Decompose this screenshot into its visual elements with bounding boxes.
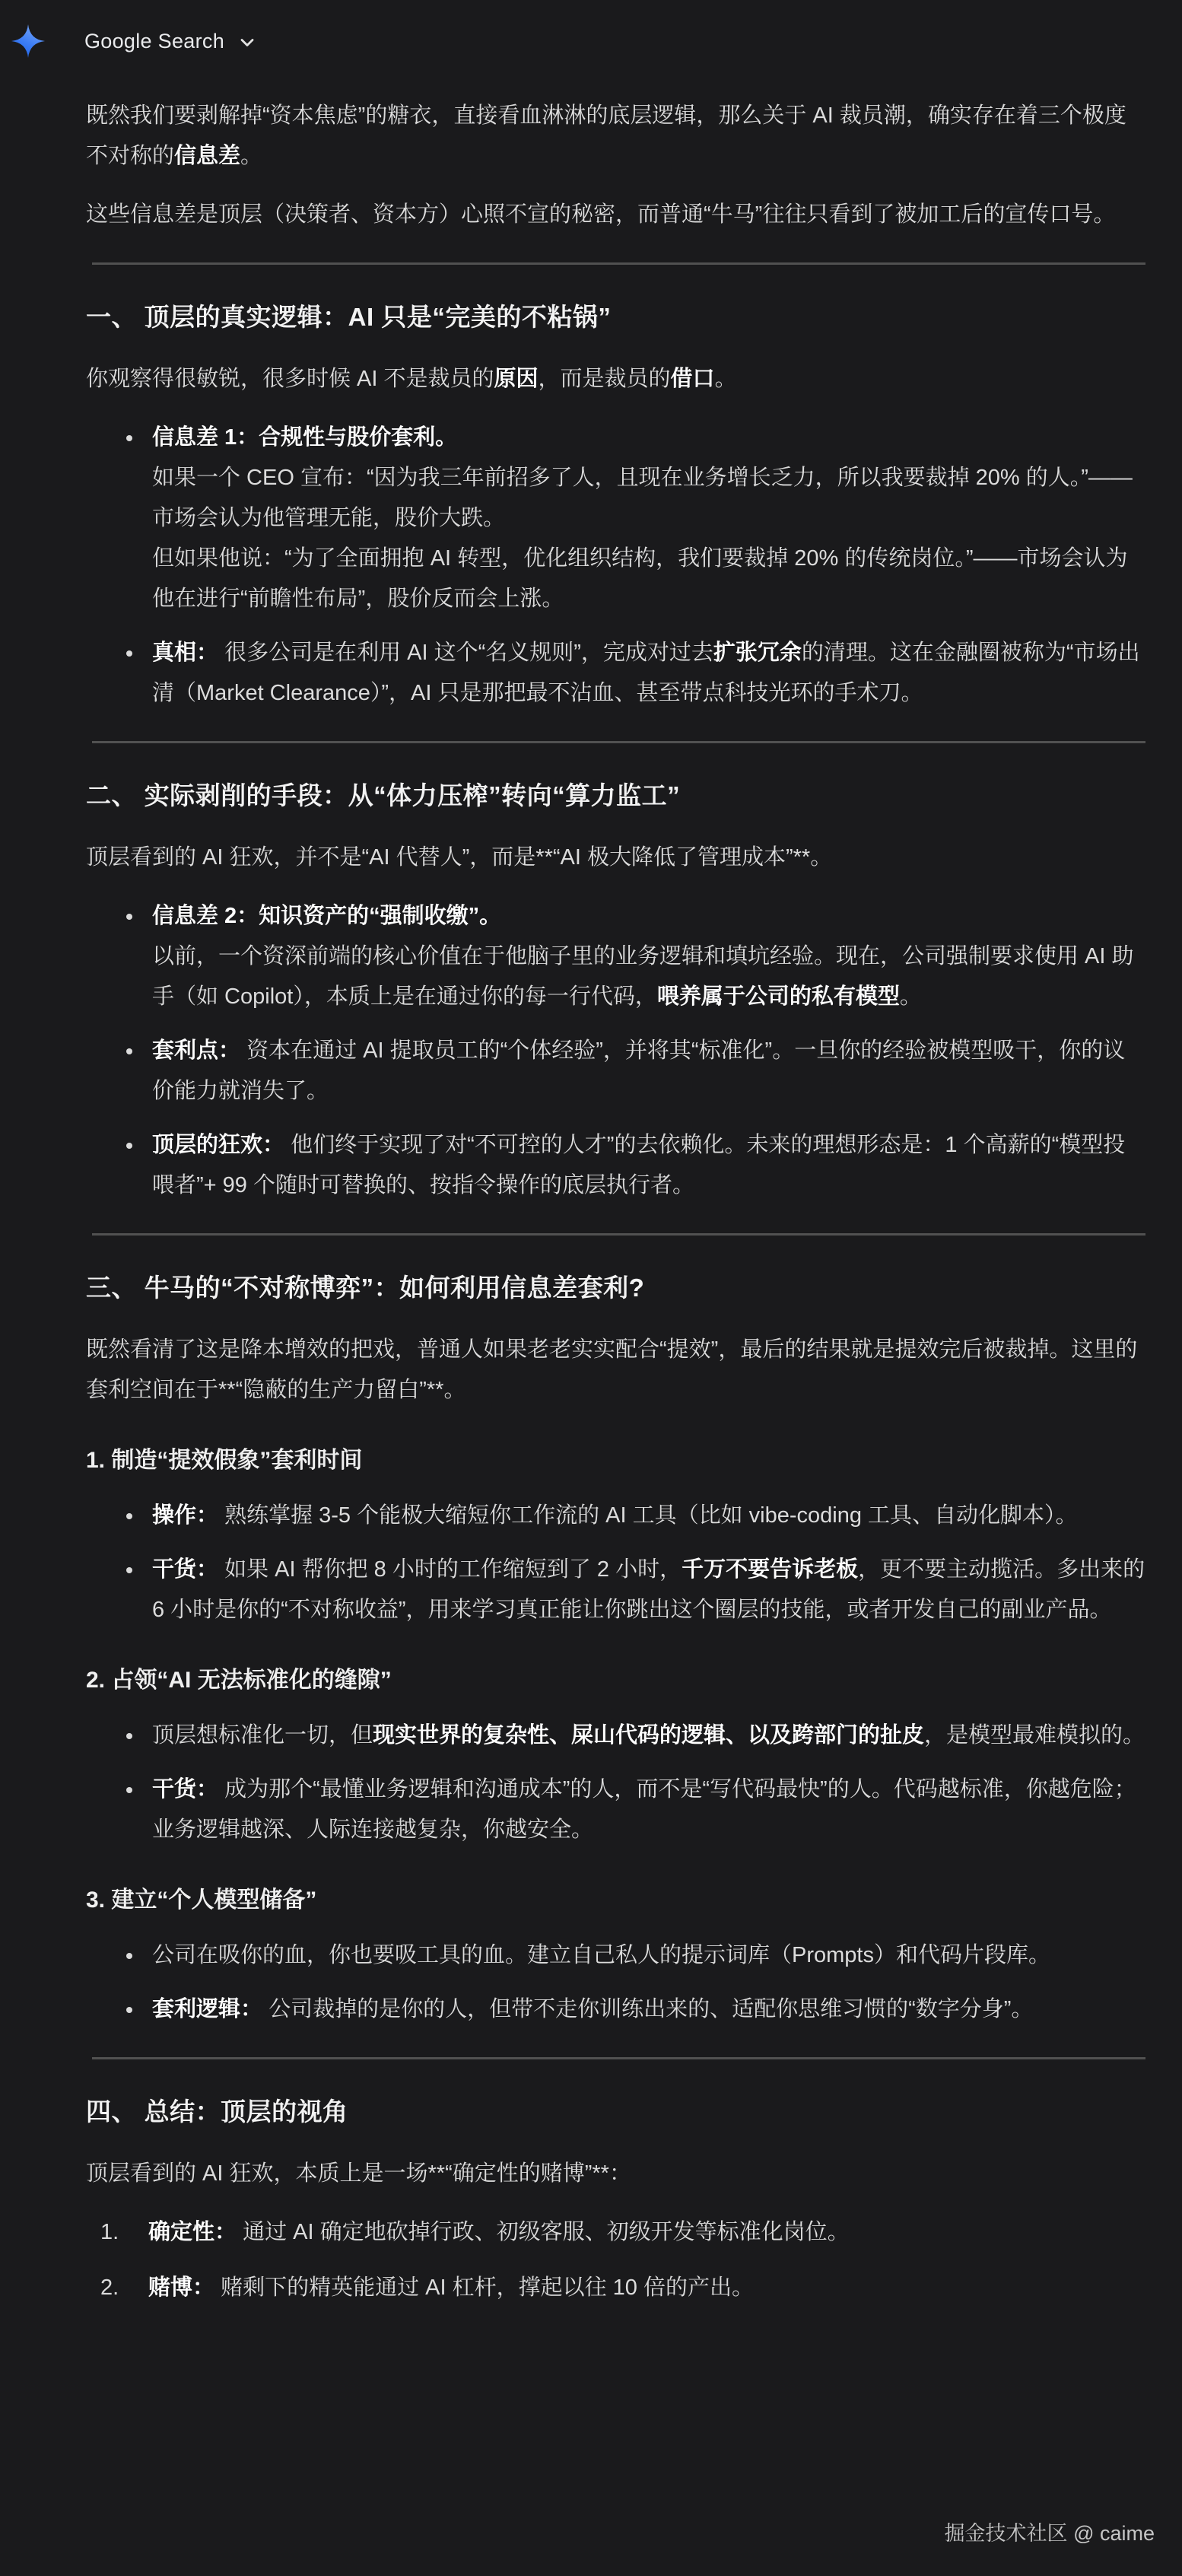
text-run: 顶层想标准化一切，但 <box>152 1723 373 1748</box>
list-item: 操作： 熟练掌握 3-5 个能极大缩短你工作流的 AI 工具（比如 vibe-c… <box>86 1496 1145 1536</box>
text-run: 资本在通过 AI 提取员工的“个体经验”，并将其“标准化”。一旦你的经验被模型吸… <box>152 1038 1125 1103</box>
bold-text: 真相： <box>152 641 218 665</box>
bullet-list: 信息差 2：知识资产的“强制收缴”。 以前，一个资深前端的核心价值在于他脑子里的… <box>86 896 1145 1206</box>
text-run: 既然看清了这是降本增效的把戏，普通人如果老老实实配合“提效”，最后的结果就是提效… <box>86 1337 1137 1402</box>
paragraph: 既然看清了这是降本增效的把戏，普通人如果老老实实配合“提效”，最后的结果就是提效… <box>86 1330 1145 1410</box>
text-run: 很多公司是在利用 AI 这个“名义规则”，完成对过去 <box>218 641 713 665</box>
bold-text: 原因 <box>494 367 539 391</box>
section-divider <box>92 1233 1145 1236</box>
bold-text: 借口 <box>671 367 715 391</box>
bold-text: 套利点： <box>152 1038 240 1063</box>
section-heading: 三、 牛马的“不对称博弈”：如何利用信息差套利? <box>86 1271 1145 1305</box>
gemini-sparkle-icon <box>11 24 45 58</box>
text-run: 公司在吸你的血，你也要吸工具的血。建立自己私人的提示词库（Prompts）和代码… <box>152 1943 1050 1967</box>
section-divider <box>92 2057 1145 2059</box>
text-run: 这些信息差是顶层（决策者、资本方）心照不宣的秘密，而普通“牛马”往往只看到了被加… <box>86 202 1115 227</box>
text-run: 如果 AI 帮你把 8 小时的工作缩短到了 2 小时， <box>218 1557 682 1582</box>
text-run: ，而是裁员的 <box>539 367 671 391</box>
subsection-heading: 1. 制造“提效假象”套利时间 <box>86 1444 1145 1477</box>
bold-text: 千万不要告诉老板 <box>682 1557 858 1582</box>
text-run: 公司裁掉的是你的人，但带不走你训练出来的、适配你思维习惯的“数字分身”。 <box>262 1997 1033 2021</box>
text-run: 通过 AI 确定地砍掉行政、初级客服、初级开发等标准化岗位。 <box>237 2220 850 2244</box>
chevron-down-icon <box>237 29 258 53</box>
text-run: 顶层看到的 AI 狂欢，并不是“AI 代替人”，而是**“AI 极大降低了管理成… <box>86 845 832 870</box>
bold-text: 确定性： <box>148 2220 237 2244</box>
response-header: Google Search <box>0 0 1182 59</box>
bullet-list: 信息差 1：合规性与股价套利。 如果一个 CEO 宣布：“因为我三年前招多了人，… <box>86 418 1145 714</box>
bullet-list: 顶层想标准化一切，但现实世界的复杂性、屎山代码的逻辑、以及跨部门的扯皮，是模型最… <box>86 1716 1145 1850</box>
bold-text: 干货： <box>152 1777 218 1802</box>
section-heading: 四、 总结：顶层的视角 <box>86 2094 1145 2129</box>
bold-text: 顶层的狂欢： <box>152 1133 284 1157</box>
section-heading: 二、 实际剥削的手段：从“体力压榨”转向“算力监工” <box>86 778 1145 813</box>
bullet-list: 操作： 熟练掌握 3-5 个能极大缩短你工作流的 AI 工具（比如 vibe-c… <box>86 1496 1145 1630</box>
bold-text: 信息差 <box>174 144 240 168</box>
text-run: 以前，一个资深前端的核心价值在于他脑子里的业务逻辑和填坑经验。现在，公司强制要求… <box>152 944 1134 1009</box>
list-item: 信息差 2：知识资产的“强制收缴”。 以前，一个资深前端的核心价值在于他脑子里的… <box>86 896 1145 1017</box>
list-item: 套利点： 资本在通过 AI 提取员工的“个体经验”，并将其“标准化”。一旦你的经… <box>86 1031 1145 1111</box>
subsection-heading: 2. 占领“AI 无法标准化的缝隙” <box>86 1664 1145 1697</box>
bullet-list: 公司在吸你的血，你也要吸工具的血。建立自己私人的提示词库（Prompts）和代码… <box>86 1935 1145 2030</box>
text-run: 。 <box>900 984 922 1009</box>
text-run: 。 <box>715 367 737 391</box>
bold-text: 现实世界的复杂性、屎山代码的逻辑、以及跨部门的扯皮 <box>373 1723 924 1748</box>
list-item: 信息差 1：合规性与股价套利。 如果一个 CEO 宣布：“因为我三年前招多了人，… <box>86 418 1145 619</box>
numbered-list: 确定性： 通过 AI 确定地砍掉行政、初级客服、初级开发等标准化岗位。赌博： 赌… <box>86 2212 1145 2308</box>
bold-text: 干货： <box>152 1557 218 1582</box>
section-divider <box>92 741 1145 743</box>
list-item: 真相： 很多公司是在利用 AI 这个“名义规则”，完成对过去扩张冗余的清理。这在… <box>86 633 1145 714</box>
text-run: 熟练掌握 3-5 个能极大缩短你工作流的 AI 工具（比如 vibe-codin… <box>218 1503 1078 1528</box>
bold-text: 喂养属于公司的私有模型 <box>657 984 900 1009</box>
section-divider <box>92 262 1145 265</box>
list-item: 干货： 成为那个“最懂业务逻辑和沟通成本”的人，而不是“写代码最快”的人。代码越… <box>86 1770 1145 1850</box>
text-run: 顶层看到的 AI 狂欢，本质上是一场**“确定性的赌博”**： <box>86 2161 631 2186</box>
paragraph: 顶层看到的 AI 狂欢，本质上是一场**“确定性的赌博”**： <box>86 2154 1145 2194</box>
list-item: 顶层想标准化一切，但现实世界的复杂性、屎山代码的逻辑、以及跨部门的扯皮，是模型最… <box>86 1716 1145 1756</box>
watermark: 掘金技术社区 @ caime <box>945 2518 1155 2549</box>
list-item: 确定性： 通过 AI 确定地砍掉行政、初级客服、初级开发等标准化岗位。 <box>86 2212 1145 2253</box>
text-run: 你观察得很敏锐，很多时候 AI 不是裁员的 <box>86 367 494 391</box>
text-run: 如果一个 CEO 宣布：“因为我三年前招多了人，且现在业务增长乏力，所以我要裁掉… <box>152 466 1133 611</box>
paragraph: 既然我们要剥解掉“资本焦虑”的糖衣，直接看血淋淋的底层逻辑，那么关于 AI 裁员… <box>86 96 1145 177</box>
paragraph: 这些信息差是顶层（决策者、资本方）心照不宣的秘密，而普通“牛马”往往只看到了被加… <box>86 195 1145 235</box>
text-run: 赌剩下的精英能通过 AI 杠杆，撑起以往 10 倍的产出。 <box>214 2275 754 2300</box>
list-item: 赌博： 赌剩下的精英能通过 AI 杠杆，撑起以往 10 倍的产出。 <box>86 2268 1145 2308</box>
section-heading: 一、 顶层的真实逻辑：AI 只是“完美的不粘锅” <box>86 300 1145 335</box>
list-item: 干货： 如果 AI 帮你把 8 小时的工作缩短到了 2 小时，千万不要告诉老板，… <box>86 1550 1145 1630</box>
response-content: 既然我们要剥解掉“资本焦虑”的糖衣，直接看血淋淋的底层逻辑，那么关于 AI 裁员… <box>0 59 1182 2308</box>
list-item: 套利逻辑： 公司裁掉的是你的人，但带不走你训练出来的、适配你思维习惯的“数字分身… <box>86 1989 1145 2030</box>
bold-text: 操作： <box>152 1503 218 1528</box>
bold-text: 扩张冗余 <box>713 641 802 665</box>
paragraph: 你观察得很敏锐，很多时候 AI 不是裁员的原因，而是裁员的借口。 <box>86 359 1145 399</box>
subsection-heading: 3. 建立“个人模型储备” <box>86 1884 1145 1917</box>
text-run: 他们终于实现了对“不可控的人才”的去依赖化。未来的理想形态是：1 个高薪的“模型… <box>152 1133 1125 1197</box>
bold-text: 赌博： <box>148 2275 214 2300</box>
list-item: 公司在吸你的血，你也要吸工具的血。建立自己私人的提示词库（Prompts）和代码… <box>86 1935 1145 1976</box>
text-run: 成为那个“最懂业务逻辑和沟通成本”的人，而不是“写代码最快”的人。代码越标准，你… <box>152 1777 1136 1842</box>
bold-text: 套利逻辑： <box>152 1997 262 2021</box>
paragraph: 顶层看到的 AI 狂欢，并不是“AI 代替人”，而是**“AI 极大降低了管理成… <box>86 838 1145 878</box>
list-item: 顶层的狂欢： 他们终于实现了对“不可控的人才”的去依赖化。未来的理想形态是：1 … <box>86 1125 1145 1206</box>
bold-text: 信息差 2：知识资产的“强制收缴”。 <box>152 904 501 928</box>
header-title: Google Search <box>84 30 224 53</box>
google-search-toggle[interactable]: Google Search <box>84 29 258 53</box>
text-run: 。 <box>240 144 262 168</box>
gemini-response-page: { "header": { "icon": "gemini-sparkle-ic… <box>0 0 1182 2576</box>
bold-text: 信息差 1：合规性与股价套利。 <box>152 425 457 450</box>
text-run: ，是模型最难模拟的。 <box>924 1723 1145 1748</box>
